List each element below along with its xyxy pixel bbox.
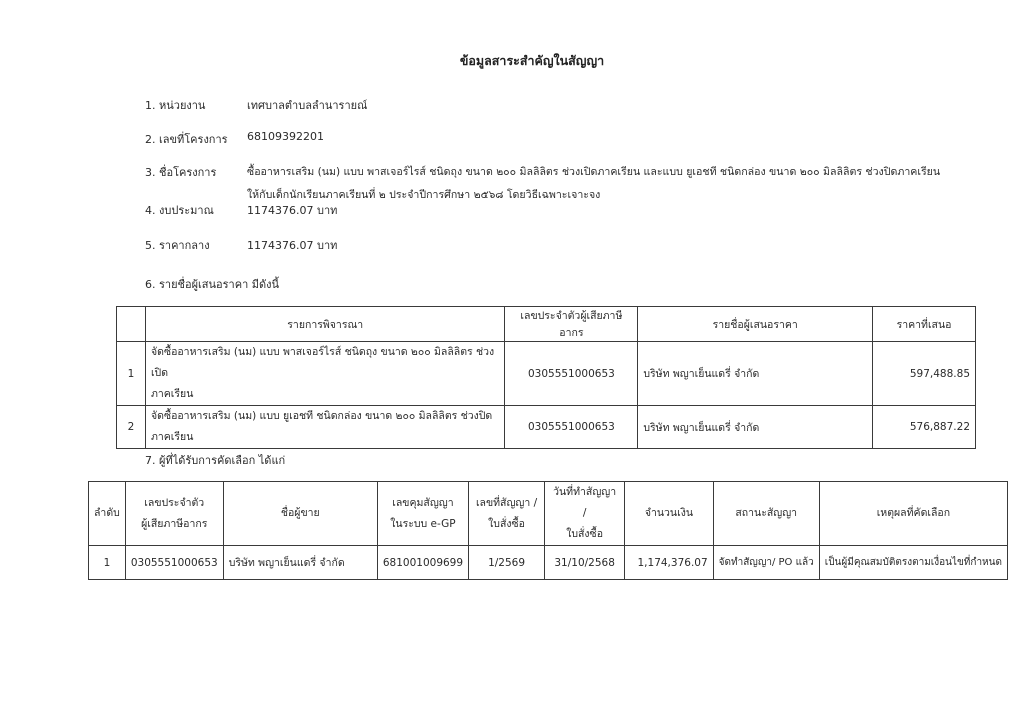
col-header-price: ราคาที่เสนอ bbox=[873, 307, 976, 342]
document-title: ข้อมูลสาระสำคัญในสัญญา bbox=[0, 51, 1024, 71]
col-header-contract-date-l1: วันที่ทำสัญญา / bbox=[550, 482, 619, 524]
col-header-item: รายการพิจารณา bbox=[145, 307, 504, 342]
cell-amount: 1,174,376.07 bbox=[625, 546, 713, 580]
field-value-agency: เทศบาลตำบลลำนารายณ์ bbox=[247, 96, 367, 114]
col-header-seller: ชื่อผู้ขาย bbox=[223, 482, 377, 546]
field-value-budget: 1174376.07 บาท bbox=[247, 201, 337, 219]
col-header-no-text: ลำดับ bbox=[94, 503, 120, 524]
cell-price: 597,488.85 bbox=[873, 342, 976, 406]
col-header-seller-text: ชื่อผู้ขาย bbox=[229, 503, 372, 524]
bidders-table: รายการพิจารณา เลขประจำตัวผู้เสียภาษีอากร… bbox=[116, 306, 976, 449]
cell-tax-id: 0305551000653 bbox=[125, 546, 223, 580]
col-header-tax-id-l2: ผู้เสียภาษีอากร bbox=[131, 514, 218, 535]
cell-seller: บริษัท พญาเย็นแดรี่ จำกัด bbox=[223, 546, 377, 580]
cell-item: จัดซื้ออาหารเสริม (นม) แบบ พาสเจอร์ไรส์ … bbox=[145, 342, 504, 406]
table-row: 2 จัดซื้ออาหารเสริม (นม) แบบ ยูเอชที ชนิ… bbox=[117, 406, 976, 449]
col-header-contract-date-l2: ใบสั่งซื้อ bbox=[550, 524, 619, 545]
selected-vendor-table: ลำดับ เลขประจำตัวผู้เสียภาษีอากร ชื่อผู้… bbox=[88, 481, 1008, 580]
col-header-no bbox=[117, 307, 146, 342]
col-header-status-text: สถานะสัญญา bbox=[719, 503, 814, 524]
field-value-median-price: 1174376.07 บาท bbox=[247, 236, 337, 254]
table-row: 1 จัดซื้ออาหารเสริม (นม) แบบ พาสเจอร์ไรส… bbox=[117, 342, 976, 406]
field-value-project-no: 68109392201 bbox=[247, 130, 324, 143]
cell-contract-no: 1/2569 bbox=[469, 546, 545, 580]
cell-status: จัดทำสัญญา/ PO แล้ว bbox=[713, 546, 819, 580]
field-label-median-price: 5. ราคากลาง bbox=[145, 236, 210, 254]
field-label-project-name: 3. ชื่อโครงการ bbox=[145, 163, 216, 181]
table-header-row: รายการพิจารณา เลขประจำตัวผู้เสียภาษีอากร… bbox=[117, 307, 976, 342]
cell-item-line2: ภาคเรียน bbox=[151, 384, 499, 405]
field-value-project-name: ซื้ออาหารเสริม (นม) แบบ พาสเจอร์ไรส์ ชนิ… bbox=[247, 163, 940, 180]
field-label-project-no: 2. เลขที่โครงการ bbox=[145, 130, 228, 148]
section7-heading: 7. ผู้ที่ได้รับการคัดเลือก ได้แก่ bbox=[145, 451, 285, 469]
cell-contract-date: 31/10/2568 bbox=[545, 546, 625, 580]
cell-item: จัดซื้ออาหารเสริม (นม) แบบ ยูเอชที ชนิดก… bbox=[145, 406, 504, 449]
col-header-egp-l1: เลขคุมสัญญา bbox=[383, 493, 463, 514]
col-header-contract-no: เลขที่สัญญา /ใบสั่งซื้อ bbox=[469, 482, 545, 546]
cell-tax-id: 0305551000653 bbox=[505, 342, 638, 406]
field-label-agency: 1. หน่วยงาน bbox=[145, 96, 205, 114]
col-header-contract-date: วันที่ทำสัญญา /ใบสั่งซื้อ bbox=[545, 482, 625, 546]
cell-bidder: บริษัท พญาเย็นแดรี่ จำกัด bbox=[638, 342, 873, 406]
col-header-contract-no-l2: ใบสั่งซื้อ bbox=[474, 514, 539, 535]
table-row: 1 0305551000653 บริษัท พญาเย็นแดรี่ จำกั… bbox=[89, 546, 1008, 580]
cell-item-line2: ภาคเรียน bbox=[151, 427, 499, 448]
cell-no: 1 bbox=[117, 342, 146, 406]
cell-item-line1: จัดซื้ออาหารเสริม (นม) แบบ ยูเอชที ชนิดก… bbox=[151, 406, 499, 427]
cell-bidder: บริษัท พญาเย็นแดรี่ จำกัด bbox=[638, 406, 873, 449]
col-header-reason-text: เหตุผลที่คัดเลือก bbox=[825, 503, 1002, 524]
col-header-bidder: รายชื่อผู้เสนอราคา bbox=[638, 307, 873, 342]
col-header-amount-text: จำนวนเงิน bbox=[630, 503, 707, 524]
cell-item-line1: จัดซื้ออาหารเสริม (นม) แบบ พาสเจอร์ไรส์ … bbox=[151, 342, 499, 384]
col-header-contract-no-l1: เลขที่สัญญา / bbox=[474, 493, 539, 514]
cell-reason: เป็นผู้มีคุณสมบัติตรงตามเงื่อนไขที่กำหนด bbox=[819, 546, 1007, 580]
col-header-egp-no: เลขคุมสัญญาในระบบ e-GP bbox=[377, 482, 468, 546]
cell-no: 2 bbox=[117, 406, 146, 449]
cell-no: 1 bbox=[89, 546, 126, 580]
col-header-amount: จำนวนเงิน bbox=[625, 482, 713, 546]
section6-heading: 6. รายชื่อผู้เสนอราคา มีดังนี้ bbox=[145, 275, 279, 293]
cell-tax-id: 0305551000653 bbox=[505, 406, 638, 449]
cell-price: 576,887.22 bbox=[873, 406, 976, 449]
col-header-no: ลำดับ bbox=[89, 482, 126, 546]
col-header-tax-id: เลขประจำตัวผู้เสียภาษีอากร bbox=[125, 482, 223, 546]
col-header-status: สถานะสัญญา bbox=[713, 482, 819, 546]
field-label-budget: 4. งบประมาณ bbox=[145, 201, 214, 219]
table-header-row: ลำดับ เลขประจำตัวผู้เสียภาษีอากร ชื่อผู้… bbox=[89, 482, 1008, 546]
col-header-egp-l2: ในระบบ e-GP bbox=[383, 514, 463, 535]
col-header-tax-id-l1: เลขประจำตัว bbox=[131, 493, 218, 514]
cell-egp-no: 681001009699 bbox=[377, 546, 468, 580]
col-header-reason: เหตุผลที่คัดเลือก bbox=[819, 482, 1007, 546]
col-header-tax-id: เลขประจำตัวผู้เสียภาษีอากร bbox=[505, 307, 638, 342]
